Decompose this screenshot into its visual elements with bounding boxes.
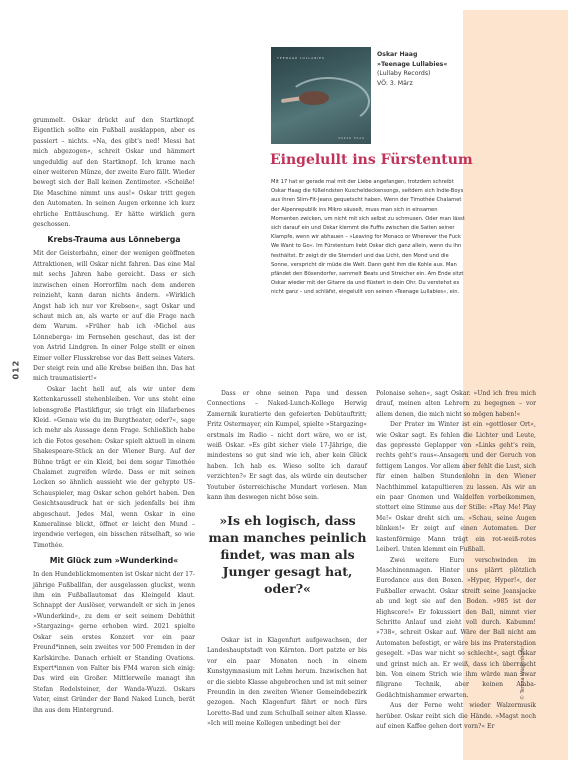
album-label: (Lullaby Records): [377, 69, 447, 79]
paragraph: Mit der Geisterbahn, einer der wenigen g…: [33, 249, 195, 384]
pull-quote: »Is eh logisch, dass man manches peinlic…: [205, 512, 370, 597]
water-splash-graphic: [286, 77, 370, 126]
subheading: Mit Glück zum »Wunderkind«: [33, 555, 195, 566]
article-column-2: Dass er ohne seinen Papa und dessen Conn…: [207, 389, 367, 503]
paragraph: Der Prater im Winter ist ein »gottloser …: [376, 420, 536, 555]
album-release: VÖ: 3. März: [377, 79, 447, 89]
paragraph: Oskar ist in Klagenfurt aufgewachsen, de…: [207, 636, 367, 730]
paragraph: Polonaise sehen«, sagt Oskar. »Und ich f…: [376, 389, 536, 420]
cover-artist: OSKAR HAAG: [338, 137, 365, 140]
article-column-1: grummelt. Oskar drückt auf den Startknop…: [33, 116, 195, 716]
paragraph: Oskar lacht hell auf, als wir unter dem …: [33, 385, 195, 552]
article-column-3: Polonaise sehen«, sagt Oskar. »Und ich f…: [376, 389, 536, 732]
album-artist: Oskar Haag: [377, 50, 447, 60]
paragraph: In den Hundeblickmomenten ist Oskar nich…: [33, 570, 195, 716]
sidebar-review-text: Mit 17 hat er gerade mal mit der Liebe a…: [271, 178, 466, 298]
subheading: Krebs-Trauma aus Lönneberga: [33, 234, 195, 245]
article-column-2-continued: Oskar ist in Klagenfurt aufgewachsen, de…: [207, 636, 367, 730]
page-number: 012: [12, 360, 21, 380]
paragraph: Zwei weitere Euro verschwinden im Maschi…: [376, 556, 536, 702]
album-title: »Teenage Lullabies«: [377, 60, 447, 70]
album-info: Oskar Haag »Teenage Lullabies« (Lullaby …: [377, 50, 447, 88]
paragraph: grummelt. Oskar drückt auf den Startknop…: [33, 116, 195, 230]
paragraph: Aus der Ferne weht wieder Walzermusik he…: [376, 701, 536, 732]
paragraph: Dass er ohne seinen Papa und dessen Conn…: [207, 389, 367, 503]
album-cover-image: TEENAGE LULLABIES OSKAR HAAG: [271, 47, 371, 144]
swimmer-head-graphic: [299, 91, 329, 105]
cover-title: TEENAGE LULLABIES: [277, 56, 325, 60]
sidebar-headline: Eingelullt ins Fürstentum: [270, 152, 473, 168]
